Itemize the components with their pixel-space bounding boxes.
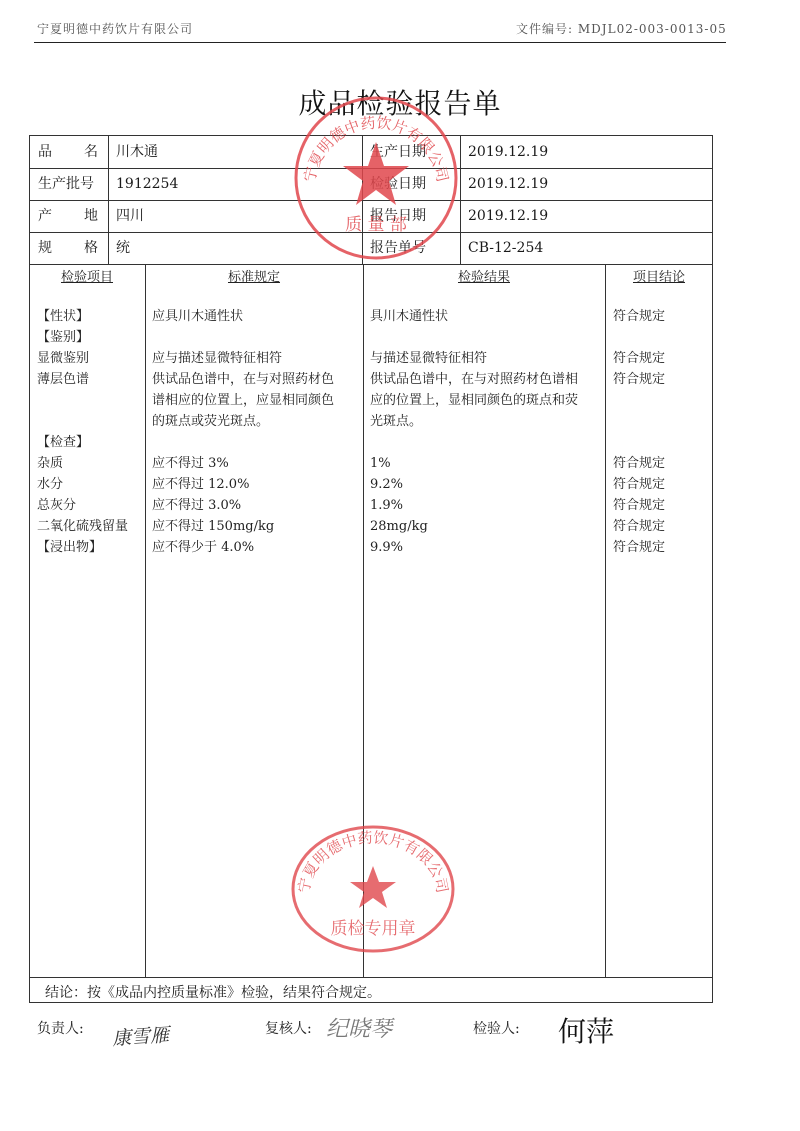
inspector-signature: 何萍: [558, 1010, 614, 1050]
reviewer-label: 复核人:: [265, 1018, 312, 1038]
info-value: 川木通: [116, 136, 158, 168]
reviewer-signature: 纪晓琴: [326, 1012, 392, 1043]
info-label: 规格: [38, 232, 98, 264]
row-item: 薄层色谱: [37, 369, 89, 390]
info-label: 报告日期: [370, 200, 426, 232]
row-conclusion: 符合规定: [613, 453, 665, 474]
row-result: 1.9%: [370, 495, 403, 516]
row-result: 与描述显微特征相符: [370, 348, 487, 369]
row-standard: 应具川木通性状: [152, 306, 243, 327]
row-item: 二氧化硫残留量: [37, 516, 128, 537]
row-result: 1%: [370, 453, 391, 474]
row-item: 【浸出物】: [37, 537, 102, 558]
row-conclusion: 符合规定: [613, 516, 665, 537]
col-standard-header: 标准规定: [145, 266, 363, 285]
row-standard: 应不得过 12.0%: [152, 474, 249, 495]
info-value: 1912254: [116, 168, 178, 200]
row-conclusion: 符合规定: [613, 369, 665, 390]
row-conclusion: 符合规定: [613, 474, 665, 495]
col-item-header: 检验项目: [29, 266, 145, 285]
final-conclusion: 结论：按《成品内控质量标准》检验，结果符合规定。: [45, 982, 381, 1002]
divider: [363, 264, 364, 977]
row-result: 应的位置上，显相同颜色的斑点和荧: [370, 390, 578, 411]
info-label: 报告单号: [370, 232, 426, 264]
info-value: 2019.12.19: [468, 168, 548, 200]
info-label: 产地: [38, 200, 98, 232]
row-standard: 谱相应的位置上，应显相同颜色: [152, 390, 334, 411]
doc-number: MDJL02-003-0013-05: [578, 22, 727, 36]
info-value: CB-12-254: [468, 232, 543, 264]
row-conclusion: 符合规定: [613, 537, 665, 558]
row-item: 【鉴别】: [37, 327, 89, 348]
info-value: 2019.12.19: [468, 200, 548, 232]
divider: [145, 264, 146, 977]
divider: [29, 977, 713, 978]
doc-number-label: 文件编号:: [516, 22, 573, 36]
row-item: 杂质: [37, 453, 63, 474]
row-standard: 应不得过 3.0%: [152, 495, 241, 516]
row-result: 光斑点。: [370, 411, 422, 432]
row-result: 9.9%: [370, 537, 403, 558]
info-label: 品名: [38, 136, 98, 168]
info-value: 统: [116, 232, 130, 264]
row-conclusion: 符合规定: [613, 306, 665, 327]
header-divider: [34, 42, 726, 43]
info-label: 检验日期: [370, 168, 426, 200]
row-item: 【性状】: [37, 306, 89, 327]
row-item: 总灰分: [37, 495, 76, 516]
responsible-label: 负责人:: [37, 1018, 84, 1038]
divider: [362, 135, 363, 264]
row-standard: 应不得少于 4.0%: [152, 537, 254, 558]
divider: [29, 264, 713, 265]
row-result: 具川木通性状: [370, 306, 448, 327]
divider: [605, 264, 606, 977]
row-conclusion: 符合规定: [613, 348, 665, 369]
row-standard: 应与描述显微特征相符: [152, 348, 282, 369]
divider: [460, 135, 461, 264]
info-label: 生产日期: [370, 136, 426, 168]
info-value: 2019.12.19: [468, 136, 548, 168]
row-result: 28mg/kg: [370, 516, 428, 537]
row-standard: 的斑点或荧光斑点。: [152, 411, 269, 432]
row-item: 显微鉴别: [37, 348, 89, 369]
row-item: 水分: [37, 474, 63, 495]
row-item: 【检查】: [37, 432, 89, 453]
company-header: 宁夏明德中药饮片有限公司: [37, 20, 193, 37]
page-title: 成品检验报告单: [0, 82, 800, 122]
col-result-header: 检验结果: [363, 266, 605, 285]
info-label: 生产批号: [38, 168, 94, 200]
col-conclusion-header: 项目结论: [605, 266, 713, 285]
row-standard: 应不得过 150mg/kg: [152, 516, 274, 537]
row-conclusion: 符合规定: [613, 495, 665, 516]
divider: [108, 135, 109, 264]
row-standard: 应不得过 3%: [152, 453, 229, 474]
inspector-label: 检验人:: [473, 1018, 520, 1038]
row-result: 供试品色谱中，在与对照药材色谱相: [370, 369, 578, 390]
row-result: 9.2%: [370, 474, 403, 495]
info-value: 四川: [116, 200, 144, 232]
doc-number-header: 文件编号: MDJL02-003-0013-05: [516, 20, 727, 37]
row-standard: 供试品色谱中，在与对照药材色: [152, 369, 334, 390]
responsible-signature: 康雪雁: [111, 1020, 170, 1051]
